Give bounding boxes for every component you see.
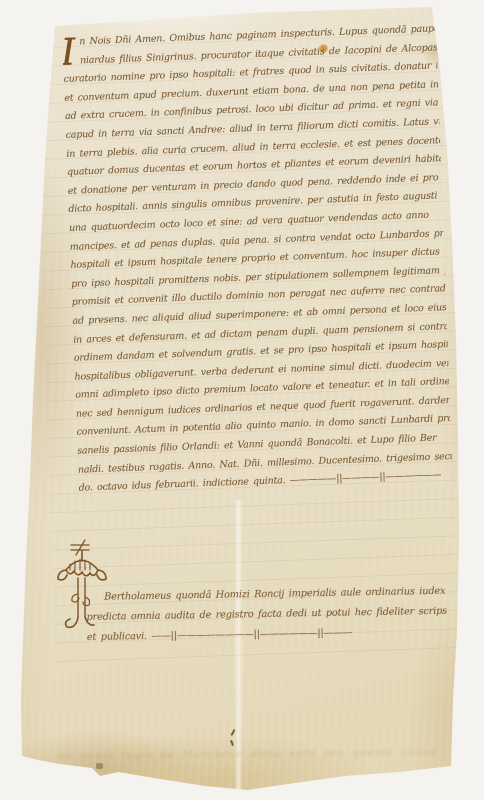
edge-nick xyxy=(96,763,103,769)
main-text-block: ·' I n Nois Dñi Amen. Omibus hanc pagina… xyxy=(62,20,453,509)
notary-attestation-block: Bertholameus quondã Homizi Roncij imperi… xyxy=(86,582,447,648)
photo-background: ·' I n Nois Dñi Amen. Omibus hanc pagina… xyxy=(0,0,484,800)
parchment-sheet: ·' I n Nois Dñi Amen. Omibus hanc pagina… xyxy=(0,0,484,800)
